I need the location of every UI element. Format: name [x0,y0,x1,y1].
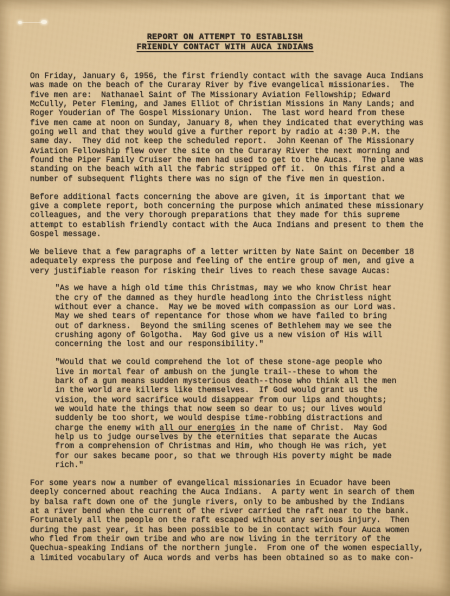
text-line: out of darkness. Beyond the smiling scen… [55,322,420,331]
text-line: crushing agony of Golgotha. May God give… [55,331,420,340]
text-line: same day. They did not keep the schedule… [30,137,430,146]
report-title-line1: REPORT ON ATTEMPT TO ESTABLISH [0,33,450,43]
text-line: five men are: Nathanael Saint of The Mis… [30,91,430,100]
text-line: without ever a chance. May we be moved w… [55,303,420,312]
text-line: Aviation Fellowship flew over the site o… [30,147,430,156]
text-line: Roger Youderian of The Gospel Missionary… [30,109,430,118]
text-line: Gospel message. [30,230,430,239]
text-line: Fortunately all the people on the raft e… [30,516,430,525]
letter-quote-block-2: "Would that we could comprehend the lot … [55,358,420,470]
text-line: adequately express the purpose and feeli… [30,257,430,266]
text-segment: charge the enemy with [55,424,159,433]
text-line: concerning the lost and our responsibili… [55,340,420,349]
paper-speck [18,21,22,24]
text-line: found the Piper Family Cruiser the men h… [30,156,430,165]
text-segment: in the name of Christ. May God [235,424,387,433]
text-line: Before additional facts concerning the a… [30,193,430,202]
paragraph-history: For some years now a number of evangelic… [30,479,430,563]
report-body: On Friday, January 6, 1956, the first fr… [30,72,430,572]
paragraph-contact-account: On Friday, January 6, 1956, the first fr… [30,72,430,184]
text-line: number of subsequent flights there was n… [30,175,430,184]
text-line: vision, the word sacrifice would disappe… [55,396,420,405]
text-line-with-underline: charge the enemy with all our energies i… [55,424,420,433]
text-line: who fled from their own tribe and who ar… [30,535,430,544]
paragraph-letter-intro: We believe that a few paragraphs of a le… [30,248,430,276]
text-line: the cry of the damned as they hurdle hea… [55,294,420,303]
report-title: REPORT ON ATTEMPT TO ESTABLISH FRIENDLY … [0,33,450,53]
text-line: suddenly be too short, we would despise … [55,414,420,423]
text-line: a limited vocabulary of Auca words and v… [30,554,430,563]
text-line: McCully, Peter Fleming, and James Elliot… [30,100,430,109]
text-line: during the past year, it has been possib… [30,526,430,535]
text-line: On Friday, January 6, 1956, the first fr… [30,72,430,81]
text-line: May we shed tears of repentance for thos… [55,312,420,321]
text-line: very justifiable reason for risking thei… [30,267,430,276]
text-line: "As we have a high old time this Christm… [55,284,420,293]
text-line: live in mortal fear of ambush on the jun… [55,368,420,377]
text-line: deeply concerned about reaching the Auca… [30,488,430,497]
text-line: at a river bend when the current of the … [30,507,430,516]
text-line: was made on the beach of the Curaray Riv… [30,81,430,90]
text-line: colleagues, and the very thorough prepar… [30,211,430,220]
text-line: we would hate the things that now seem s… [55,405,420,414]
text-line: Quechua-speaking Indians of the northern… [30,544,430,553]
report-title-line2: FRIENDLY CONTACT WITH AUCA INDIANS [0,43,450,53]
paper-speck [41,20,47,24]
document-page: REPORT ON ATTEMPT TO ESTABLISH FRIENDLY … [0,0,450,596]
text-line: help us to judge ourselves by the eterni… [55,433,420,442]
text-line: going well and that they would give a fu… [30,128,430,137]
text-line: in the world are killers like themselves… [55,386,420,395]
text-line: "Would that we could comprehend the lot … [55,358,420,367]
text-line: by balsa raft down one of the jungle riv… [30,498,430,507]
text-line: standing on the beach with all the fabri… [30,165,430,174]
text-line: rich." [55,461,420,470]
text-line: We believe that a few paragraphs of a le… [30,248,430,257]
text-line: bark of a gun means sudden mysterious de… [55,377,420,386]
text-line: give a complete report, both concerning … [30,202,430,211]
paragraph-report-purpose: Before additional facts concerning the a… [30,193,430,240]
text-line: For some years now a number of evangelic… [30,479,430,488]
text-line: for our sakes became poor, so that we th… [55,452,420,461]
text-line: attempt to establish friendly contact wi… [30,221,430,230]
underlined-phrase: all our energies [159,424,235,433]
text-line: five men came at noon on Sunday, January… [30,119,430,128]
letter-quote-block-1: "As we have a high old time this Christm… [55,284,420,349]
text-line: from a comprehension of Christmas and Hi… [55,442,420,451]
